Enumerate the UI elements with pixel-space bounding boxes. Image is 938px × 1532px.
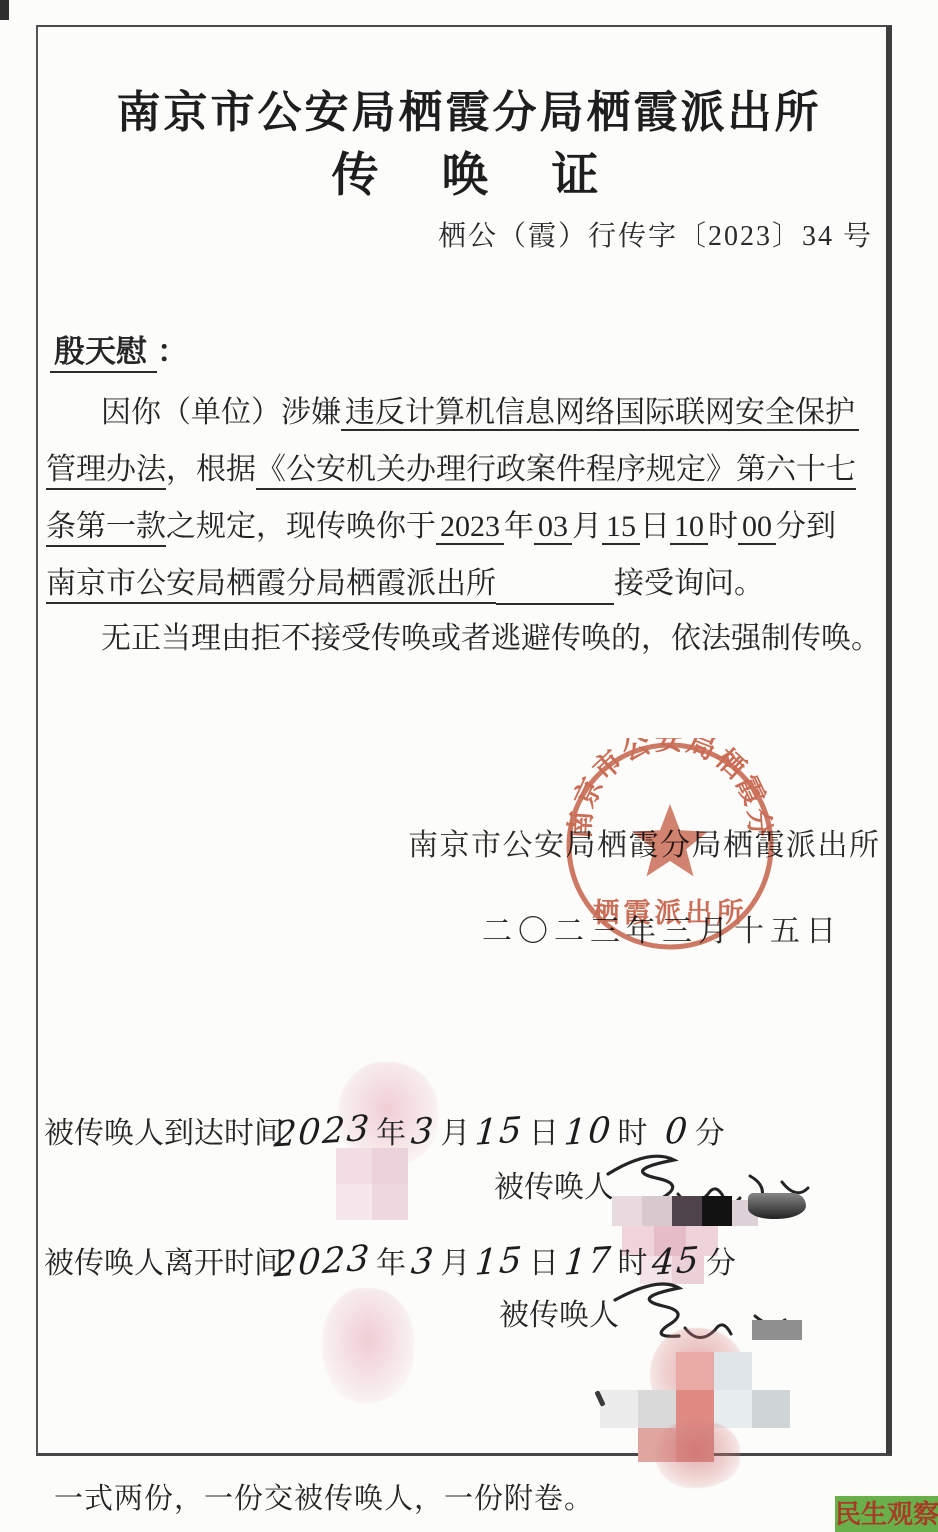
alleged-offense: 违反计算机信息网络国际联网安全保护 bbox=[341, 396, 859, 431]
issuing-agency-title: 南京市公安局栖霞分局栖霞派出所 bbox=[0, 76, 938, 140]
body-text: 因你（单位）涉嫌 bbox=[101, 396, 341, 429]
departure-month-handwritten: 3 bbox=[410, 1241, 437, 1283]
arrival-day-handwritten: 15 bbox=[474, 1110, 525, 1154]
body-line-1: 因你（单位）涉嫌违反计算机信息网络国际联网安全保护 bbox=[101, 393, 859, 433]
mosaic-cell bbox=[372, 1148, 408, 1184]
seal-star-icon bbox=[632, 804, 708, 876]
alleged-offense-cont: 管理办法 bbox=[46, 453, 166, 490]
summons-day: 15 bbox=[602, 510, 640, 545]
fingerprint-smudge bbox=[322, 1288, 414, 1403]
fingerprint-red bbox=[655, 1420, 740, 1488]
source-watermark: 民生观察 bbox=[835, 1496, 938, 1532]
summons-minute: 00 bbox=[738, 510, 776, 545]
mosaic-cell bbox=[676, 1352, 714, 1390]
addressee-colon: ： bbox=[157, 334, 188, 369]
departure-signer-label: 被传唤人 bbox=[499, 1290, 619, 1334]
body-line-3: 条第一款之规定，现传唤你于2023年03月15日10时00分到 bbox=[46, 507, 836, 547]
summons-hour: 10 bbox=[670, 510, 708, 545]
unit-day: 日 bbox=[529, 1117, 559, 1150]
body-text: 之规定，现传唤你于 bbox=[166, 510, 436, 543]
unit-month: 月 bbox=[440, 1247, 470, 1280]
summons-year: 2023 bbox=[436, 510, 504, 545]
copies-note: 一式两份，一份交被传唤人，一份附卷。 bbox=[54, 1476, 594, 1517]
document-title: 传 唤 证 bbox=[0, 138, 938, 205]
unit-hour: 时 bbox=[708, 510, 738, 543]
mosaic-cell bbox=[600, 1390, 638, 1428]
censor-gray-block bbox=[752, 1320, 802, 1340]
arrival-month-handwritten: 3 bbox=[410, 1111, 437, 1153]
unit-year: 年 bbox=[504, 510, 534, 543]
legal-basis: 《公安机关办理行政案件程序规定》第六十七 bbox=[256, 453, 856, 490]
document-number: 栖公（霞）行传字〔2023〕34 号 bbox=[438, 214, 873, 254]
mosaic-cell bbox=[336, 1148, 372, 1184]
departure-label: 被传唤人离开时间 bbox=[44, 1247, 284, 1280]
legal-basis-cont: 条第一款 bbox=[46, 510, 166, 547]
departure-year-handwritten: 2023 bbox=[273, 1238, 373, 1285]
blank-underline bbox=[496, 572, 614, 606]
mosaic-cell bbox=[638, 1390, 676, 1428]
seal-bottom-text: 栖霞派出所 bbox=[593, 898, 748, 928]
mosaic-cell bbox=[752, 1390, 790, 1428]
summons-location: 南京市公安局栖霞分局栖霞派出所 bbox=[46, 567, 496, 604]
mosaic-cell bbox=[672, 1196, 702, 1226]
body-line-4: 南京市公安局栖霞分局栖霞派出所接受询问。 bbox=[46, 564, 764, 605]
unit-minute: 分到 bbox=[776, 510, 836, 543]
warning-line: 无正当理由拒不接受传唤或者逃避传唤的，依法强制传唤。 bbox=[101, 619, 881, 659]
mosaic-cell bbox=[702, 1196, 732, 1226]
arrival-signer-label: 被传唤人 bbox=[494, 1162, 614, 1206]
unit-year: 年 bbox=[376, 1117, 406, 1150]
unit-day: 日 bbox=[529, 1247, 559, 1280]
mosaic-cell bbox=[336, 1184, 372, 1220]
mosaic-cell bbox=[714, 1352, 752, 1390]
departure-day-handwritten: 15 bbox=[474, 1240, 525, 1284]
censor-dark-shape bbox=[748, 1193, 806, 1219]
body-text: ，根据 bbox=[166, 453, 256, 486]
unit-day: 日 bbox=[640, 510, 670, 543]
mosaic-cell bbox=[714, 1390, 752, 1428]
addressee-line: 殷天慰： bbox=[50, 326, 188, 371]
scan-corner-artifact bbox=[0, 0, 9, 20]
mosaic-cell bbox=[612, 1196, 642, 1226]
body-line-2: 管理办法，根据《公安机关办理行政案件程序规定》第六十七 bbox=[46, 450, 856, 490]
summons-document-page: 南京市公安局栖霞分局栖霞派出所 传 唤 证 栖公（霞）行传字〔2023〕34 号… bbox=[0, 0, 938, 1532]
unit-year: 年 bbox=[376, 1247, 406, 1280]
mosaic-cell bbox=[642, 1196, 672, 1226]
unit-month: 月 bbox=[572, 510, 602, 543]
addressee-name: 殷天慰 bbox=[50, 334, 157, 373]
official-red-seal: 南京市公安局栖霞分局 栖霞派出所 bbox=[558, 738, 786, 966]
arrival-label: 被传唤人到达时间 bbox=[44, 1117, 284, 1150]
summons-month: 03 bbox=[534, 510, 572, 545]
body-text: 接受询问。 bbox=[614, 567, 764, 600]
unit-month: 月 bbox=[440, 1117, 470, 1150]
mosaic-cell bbox=[372, 1184, 408, 1220]
arrival-year-handwritten: 2023 bbox=[273, 1108, 373, 1155]
